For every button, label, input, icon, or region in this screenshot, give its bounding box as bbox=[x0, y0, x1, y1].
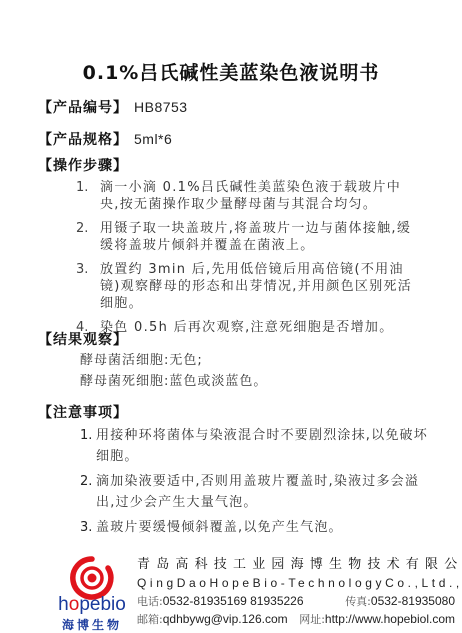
procedure-step: 3. 放置约 3min 后,先用低倍镜后用高倍镜(不用油镜)观察酵母的形态和出芽… bbox=[76, 261, 416, 312]
product-spec-field: 【产品规格】5ml*6 bbox=[38, 129, 172, 149]
email-web-row: 邮箱:qdhbywg@vip.126.com 网址:http://www.hop… bbox=[137, 610, 455, 628]
phone-label: 电话: bbox=[137, 595, 163, 608]
fax-label: 传真: bbox=[345, 595, 371, 608]
company-name-en: QingDaoHopeBio-TechnologyCo.,Ltd.,China bbox=[137, 574, 455, 592]
step-text: 放置约 3min 后,先用低倍镜后用高倍镜(不用油镜)观察酵母的形态和出芽情况,… bbox=[100, 261, 416, 312]
hopebio-chinese-name: 海博生物 bbox=[56, 616, 128, 633]
website-label: 网址: bbox=[299, 613, 325, 626]
procedure-step: 1. 滴一小滴 0.1%吕氏碱性美蓝染色液于载玻片中央,按无菌操作取少量酵母菌与… bbox=[76, 179, 416, 213]
website-link[interactable]: http://www.hopebiol.com bbox=[325, 612, 455, 626]
wordmark-h: h bbox=[58, 594, 69, 615]
note-text: 滴加染液要适中,否则用盖玻片覆盖时,染液过多会溢出,过少会产生大量气泡。 bbox=[96, 471, 435, 513]
hopebio-logo: hopebio 海博生物 bbox=[56, 556, 128, 630]
procedure-heading: 【操作步骤】 bbox=[38, 155, 128, 175]
procedure-steps: 1. 滴一小滴 0.1%吕氏碱性美蓝染色液于载玻片中央,按无菌操作取少量酵母菌与… bbox=[76, 179, 416, 343]
phone-fax-row: 电话:0532-81935169 81935226 传真:0532-819350… bbox=[137, 592, 455, 610]
document-title: 0.1%吕氏碱性美蓝染色液说明书 bbox=[0, 58, 462, 85]
step-number: 3. bbox=[76, 261, 100, 312]
email-label: 邮箱: bbox=[137, 613, 163, 626]
product-spec-value: 5ml*6 bbox=[134, 131, 172, 147]
step-number: 2. bbox=[76, 220, 100, 254]
note-number: 1. bbox=[80, 425, 96, 467]
email: 邮箱:qdhbywg@vip.126.com bbox=[137, 610, 288, 628]
note-item: 3. 盖玻片要缓慢倾斜覆盖,以免产生气泡。 bbox=[80, 517, 435, 538]
fax-value: 0532-81935080 bbox=[371, 594, 455, 608]
note-text: 用接种环将菌体与染液混合时不要剧烈涂抹,以免破坏细胞。 bbox=[96, 425, 435, 467]
company-name-cn: 青岛高科技工业园海博生物技术有限公司 bbox=[137, 556, 455, 574]
wordmark-pebio: pebio bbox=[79, 594, 126, 615]
results-lines: 酵母菌活细胞:无色; 酵母菌死细胞:蓝色或淡蓝色。 bbox=[80, 350, 267, 392]
phone: 电话:0532-81935169 81935226 bbox=[137, 592, 304, 610]
fax: 传真:0532-81935080 bbox=[345, 592, 455, 610]
note-item: 1. 用接种环将菌体与染液混合时不要剧烈涂抹,以免破坏细胞。 bbox=[80, 425, 435, 467]
product-code-label: 【产品编号】 bbox=[38, 100, 128, 116]
email-value[interactable]: qdhbywg@vip.126.com bbox=[163, 612, 288, 626]
product-code-field: 【产品编号】HB8753 bbox=[38, 97, 188, 117]
note-item: 2. 滴加染液要适中,否则用盖玻片覆盖时,染液过多会溢出,过少会产生大量气泡。 bbox=[80, 471, 435, 513]
company-info: 青岛高科技工业园海博生物技术有限公司 QingDaoHopeBio-Techno… bbox=[137, 556, 455, 628]
hopebio-wordmark: hopebio bbox=[56, 594, 128, 616]
product-spec-label: 【产品规格】 bbox=[38, 132, 128, 148]
procedure-step: 2. 用镊子取一块盖玻片,将盖玻片一边与菌体接触,缓缓将盖玻片倾斜并覆盖在菌液上… bbox=[76, 220, 416, 254]
step-text: 染色 0.5h 后再次观察,注意死细胞是否增加。 bbox=[100, 319, 416, 336]
website: 网址:http://www.hopebiol.com bbox=[299, 610, 455, 628]
note-number: 3. bbox=[80, 517, 96, 538]
wordmark-o: o bbox=[69, 594, 80, 615]
notes-list: 1. 用接种环将菌体与染液混合时不要剧烈涂抹,以免破坏细胞。 2. 滴加染液要适… bbox=[80, 425, 435, 542]
results-heading: 【结果观察】 bbox=[38, 329, 128, 349]
product-code-value: HB8753 bbox=[134, 99, 188, 115]
phone-value: 0532-81935169 81935226 bbox=[163, 594, 304, 608]
result-line-live: 酵母菌活细胞:无色; bbox=[80, 350, 267, 371]
note-text: 盖玻片要缓慢倾斜覆盖,以免产生气泡。 bbox=[96, 517, 435, 538]
notes-heading: 【注意事项】 bbox=[38, 402, 128, 422]
step-number: 1. bbox=[76, 179, 100, 213]
step-text: 滴一小滴 0.1%吕氏碱性美蓝染色液于载玻片中央,按无菌操作取少量酵母菌与其混合… bbox=[100, 179, 416, 213]
result-line-dead: 酵母菌死细胞:蓝色或淡蓝色。 bbox=[80, 371, 267, 392]
note-number: 2. bbox=[80, 471, 96, 513]
step-text: 用镊子取一块盖玻片,将盖玻片一边与菌体接触,缓缓将盖玻片倾斜并覆盖在菌液上。 bbox=[100, 220, 416, 254]
